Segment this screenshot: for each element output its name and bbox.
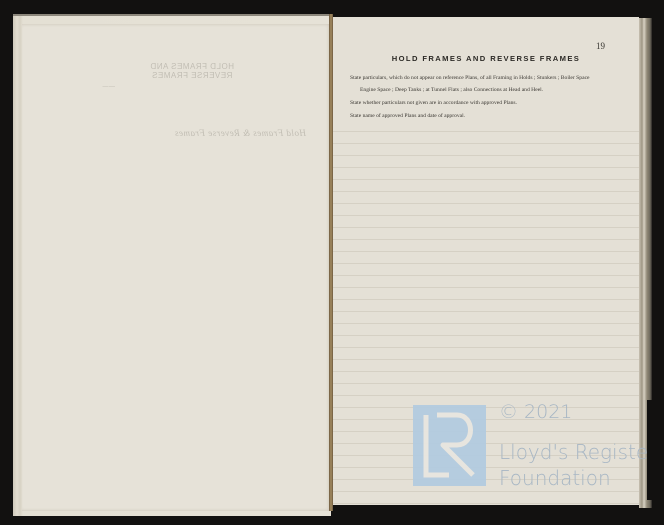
instruction-line: Engine Space ; Deep Tanks ; at Tunnel Fl… xyxy=(360,87,543,93)
bleed-through-handwriting: Hold Frames & Reverse Frames xyxy=(146,128,306,138)
watermark-copyright: © 2021 xyxy=(499,401,572,423)
page-heading: HOLD FRAMES AND REVERSE FRAMES xyxy=(333,54,639,63)
right-page: 19 HOLD FRAMES AND REVERSE FRAMES State … xyxy=(333,17,639,505)
watermark-org-line2: Foundation xyxy=(499,466,611,490)
instruction-line: State name of approved Plans and date of… xyxy=(350,113,465,119)
bleed-through-mark: —— xyxy=(102,84,115,90)
instruction-line: State particulars, which do not appear o… xyxy=(350,75,590,81)
lr-logo-icon xyxy=(413,405,486,486)
open-ledger-book: HOLD FRAMES AND REVERSE FRAMES —— Hold F… xyxy=(0,0,664,525)
watermark-org-line1: Lloyd's Register xyxy=(499,440,656,464)
instruction-line: State whether particulars not given are … xyxy=(350,100,517,106)
background-edge xyxy=(647,400,664,500)
page-number: 19 xyxy=(596,41,605,51)
bleed-through-heading: HOLD FRAMES AND REVERSE FRAMES xyxy=(132,62,252,80)
left-page: HOLD FRAMES AND REVERSE FRAMES —— Hold F… xyxy=(22,24,331,511)
